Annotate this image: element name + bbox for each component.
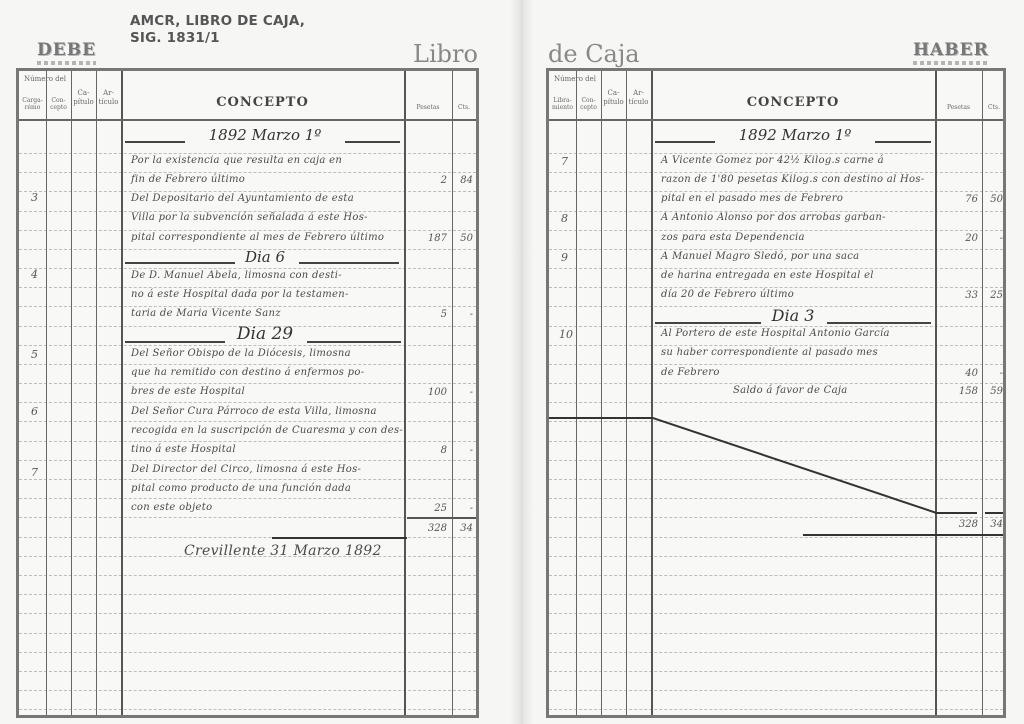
entry-number: 6 [31, 405, 38, 418]
balance-pesetas: 158 [938, 386, 978, 397]
header-capitulo: Ca-pítulo [601, 89, 626, 107]
header-concepto: CONCEPTO [651, 95, 935, 110]
header-articulo: Ar-tículo [626, 89, 651, 107]
entry-number: 7 [561, 155, 568, 168]
debe-page: Número del Carga-rémo Con-cepto Ca-pítul… [16, 68, 479, 718]
amount-cts: 84 [455, 175, 473, 186]
total-cts: 34 [455, 523, 473, 534]
entry-number: 4 [31, 268, 38, 281]
amount-pesetas: 2 [407, 175, 447, 186]
header-concepto-num: Con-cepto [46, 97, 71, 111]
header-capitulo: Ca-pítulo [71, 89, 96, 107]
date-heading: 1892 Marzo 1º [715, 126, 875, 144]
archive-reference: AMCR, LIBRO DE CAJA, SIG. 1831/1 [130, 13, 305, 47]
haber-label: HABER [913, 40, 989, 65]
header-concepto-num: Con-cepto [576, 97, 601, 111]
entry-number: 8 [561, 212, 568, 225]
date-heading: 1892 Marzo 1º [185, 126, 345, 144]
archive-reference-line1: AMCR, LIBRO DE CAJA, [130, 13, 305, 30]
balance-cts: 59 [985, 386, 1003, 397]
archive-reference-line2: SIG. 1831/1 [130, 30, 305, 47]
entry-number: 5 [31, 348, 38, 361]
entry-number: 9 [561, 251, 568, 264]
ornament-icon [913, 61, 989, 65]
entry-number: 7 [31, 466, 38, 479]
header-libramiento: Libra-miento [549, 97, 576, 111]
header-numero-del: Número del [19, 75, 71, 84]
header-concepto: CONCEPTO [121, 95, 404, 110]
day-heading: Dia 3 [761, 306, 825, 325]
day-heading: Dia 29 [225, 324, 305, 344]
header-cts: Cts. [452, 104, 476, 111]
entry-number: 3 [31, 191, 38, 204]
header-numero-del: Número del [549, 75, 601, 84]
total-pesetas: 328 [938, 519, 978, 530]
haber-page: Número del Libra-miento Con-cepto Ca-pít… [546, 68, 1006, 718]
book-title-right: de Caja [548, 40, 640, 68]
signature-date: Crevillente 31 Marzo 1892 [184, 543, 382, 559]
balance-label: Saldo á favor de Caja [733, 385, 848, 396]
ornament-icon [37, 61, 96, 65]
book-gutter [510, 0, 534, 724]
total-pesetas: 328 [407, 523, 447, 534]
day-heading: Dia 6 [235, 248, 295, 266]
header-pesetas: Pesetas [935, 104, 982, 111]
entry-number: 10 [559, 328, 573, 341]
debe-label: DEBE [37, 40, 96, 65]
book-title-left: Libro [413, 40, 478, 68]
total-cts: 34 [985, 519, 1003, 530]
header-pesetas: Pesetas [404, 104, 452, 111]
header-cargareme: Carga-rémo [19, 97, 46, 111]
header-cts: Cts. [982, 104, 1006, 111]
header-articulo: Ar-tículo [96, 89, 121, 107]
ledger-spread: AMCR, LIBRO DE CAJA, SIG. 1831/1 DEBE HA… [0, 0, 1024, 724]
